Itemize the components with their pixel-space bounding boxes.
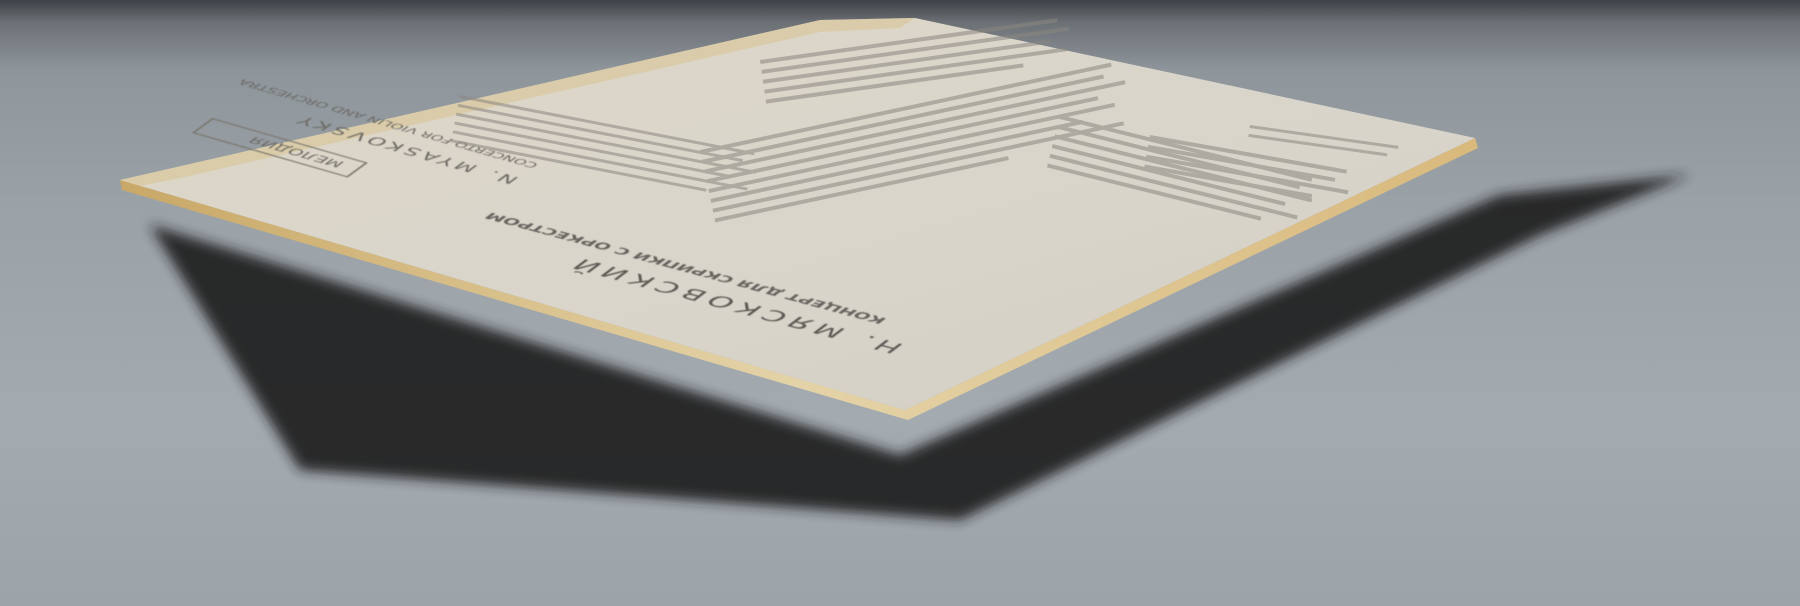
record-sleeve-illustration: Н. МЯСКОВСКИЙ КОНЦЕРТ ДЛЯ СКРИПКИ С ОРКЕ… xyxy=(0,0,1800,606)
photo-scene: Н. МЯСКОВСКИЙ КОНЦЕРТ ДЛЯ СКРИПКИ С ОРКЕ… xyxy=(0,0,1800,606)
